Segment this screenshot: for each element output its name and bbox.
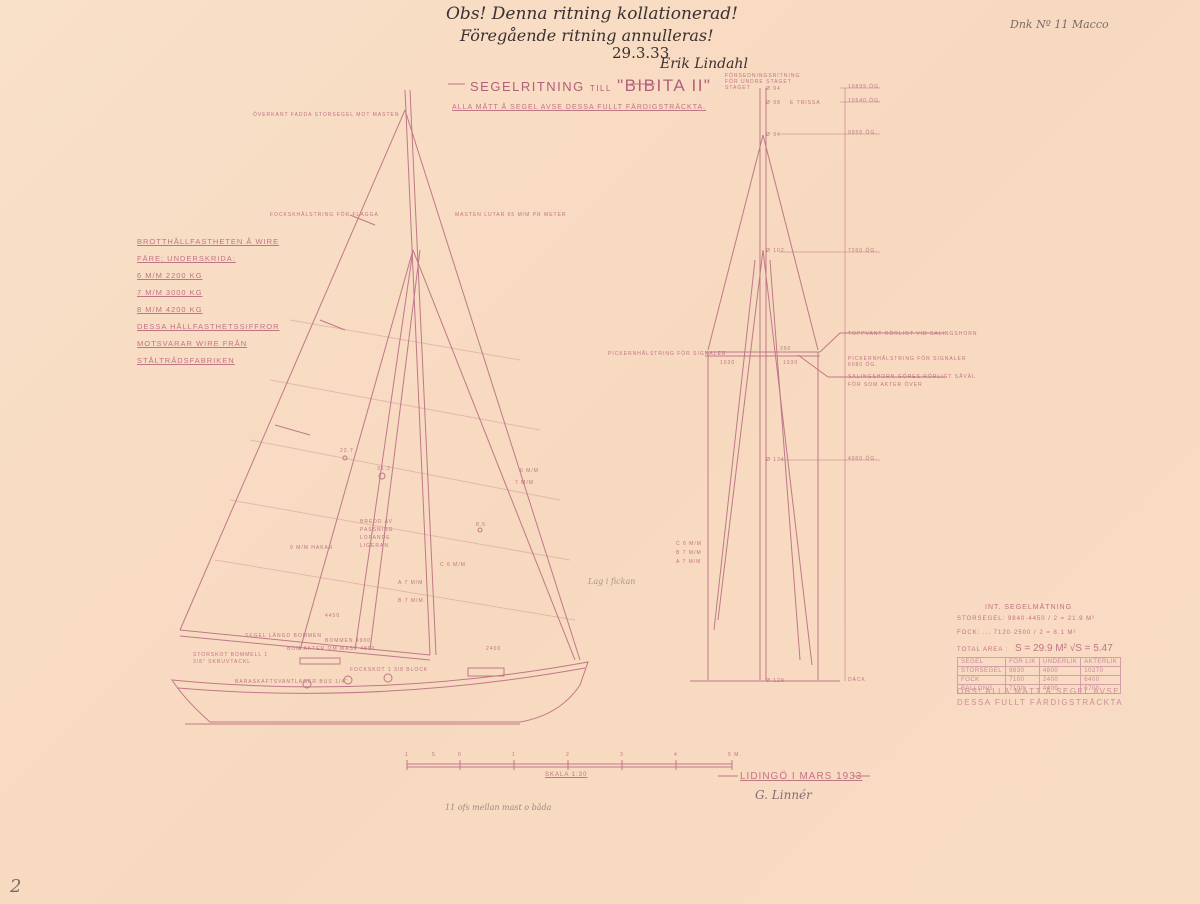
table-cell: STORSEGEL [958, 667, 1006, 676]
table-cell: 2400 [1039, 676, 1080, 685]
wire-7mm-label: 7 m/m [515, 480, 534, 486]
scale-tick-1m: 1 [512, 752, 516, 758]
diam-102: Ø 102 [766, 248, 785, 254]
scale-tick-3m: 3 [620, 752, 624, 758]
scale-tick-2m: 2 [566, 752, 570, 758]
area-22-7: 22.7 [340, 448, 354, 454]
sail-calc-heading: INT. SEGELMÄTNING [985, 604, 1072, 611]
scale-tick-5: 5 [432, 752, 436, 758]
note-signal: PICKERNHÅLSTRING FÖR SIGNALER [848, 356, 966, 362]
drawing-subtitle: ALLA MÅTT Å SEGEL AVSE DESSA FULLT FÄRDI… [452, 104, 706, 111]
handwritten-signature: Erik Lindahl [660, 56, 748, 72]
boom-4900-label: BOMMEN 4900 [325, 638, 371, 644]
spreader-left: 1030 [720, 360, 735, 366]
signal-halyard-left: PICKERNHÅLSTRING FÖR SIGNALER [608, 351, 726, 357]
table-cell: FOCK [958, 676, 1006, 685]
scale-tick-4m: 4 [674, 752, 678, 758]
sail-calc-total-value: S = 29.9 m² √S = 5.47 [1015, 643, 1113, 654]
area-31-2: 31.2 [377, 466, 391, 472]
label-mast-rake: MASTEN LUTAR 65 m/m PR METER [455, 212, 567, 218]
handwritten-note-1: Obs! Denna ritning kollationerad! [446, 4, 738, 24]
label-overkant: ÖVERKANT FADDA STORSEGEL MOT MASTEN [253, 112, 400, 118]
foot-4450: 4450 [325, 613, 340, 619]
scale-tick-1: 1 [405, 752, 409, 758]
diam-134: Ø 134 [766, 457, 785, 463]
table-row: FOCK 7100 2400 6400 [958, 676, 1121, 685]
diam-129: Ø 129 [766, 678, 785, 684]
sail-calc-jib: FOCK: ... 7120·2500 / 2 = 8.1 m² [957, 630, 1077, 636]
wire-b-label: B 7 m/m [398, 598, 424, 604]
sail-note-obs: OBS! ALLA MÅTT Å SEGEL AVSE DESSA FULLT … [957, 686, 1123, 708]
table-cell: 9830 [1006, 667, 1040, 676]
designer-signature: G. Linnér [755, 788, 812, 802]
mast-wire-c: C 6 m/m [676, 541, 702, 547]
table-header: FÖR LIK [1006, 658, 1040, 667]
dim-deck: DÄCK [848, 677, 866, 683]
dim-6080: 6080 ÖG. [848, 362, 878, 368]
vant-label: 9 m/m HAKAR [290, 545, 334, 551]
diam-98: Ø 98 [766, 100, 781, 106]
trissa-label: E TRISSA [790, 100, 821, 106]
note-spreader-2: FÖR SOM AKTER ÖVER [848, 382, 923, 388]
dim-10540: 10540 ÖG. [848, 98, 881, 104]
dim-7200: 7200 ÖG. [848, 248, 878, 254]
drawing-title: SEGELRITNING TILL "BIBITA II" [470, 76, 711, 96]
scale-label: SKALA 1:30 [545, 772, 587, 778]
handwritten-note-2: Föregående ritning annulleras! [460, 26, 714, 45]
sail-plan-linework [0, 0, 1200, 904]
wire-6mm-label: 6 m/m [520, 468, 539, 474]
dim-9956: 9956 ÖG. [848, 130, 878, 136]
mast-wire-b: B 7 m/m [676, 550, 702, 556]
pencil-note-center: Lag i fickan [588, 577, 635, 586]
sail-calc-total-label: TOTAL AREA : [957, 647, 1008, 653]
note-spreader: SALINGSHORN GÖRES RÖRLIGT SÅVÄL [848, 374, 976, 380]
diam-94: Ø 94 [766, 132, 781, 138]
chainplate-label: BARASKAFTSVANTLAGER BUS 1/4" [235, 679, 348, 685]
spreader-top: 350 [780, 346, 791, 352]
jibsheet-label: FOCKSKOT 1 3/8 BLOCK [350, 667, 428, 673]
scale-tick-5m: 5 m. [728, 752, 742, 758]
diam-94-top: Ø 94 [766, 86, 781, 92]
table-cell: 6400 [1081, 676, 1121, 685]
corner-mark: 2 [10, 876, 21, 897]
sail-calc-mainsail: STORSEGEL: 9840·4450 / 2 = 21.9 m² [957, 616, 1095, 622]
wire-a-label: A 7 m/m [398, 580, 423, 586]
boom-aft-label: BOM AKTER OM MAST 4800 [287, 646, 375, 652]
table-cell: 10270 [1081, 667, 1121, 676]
pencil-note-bottom: 11 ofs mellan mast o båda [445, 803, 551, 812]
wire-c-label: C 6 m/m [440, 562, 466, 568]
area-8-5: 8.5 [476, 522, 486, 528]
table-header: SEGEL [958, 658, 1006, 667]
boom-label: SEGEL LÄNGD BOMMEN [245, 633, 322, 639]
table-header-row: SEGEL FÖR LIK UNDERLIK AKTERLIK [958, 658, 1121, 667]
dim-10899: 10899 ÖG. [848, 84, 881, 90]
note-topvant: TOPPVANT RÖRLIGT VID SALINGSHORN [848, 331, 977, 337]
document-number: Dnk Nº 11 Macco [1010, 18, 1109, 31]
spreader-right: 1030 [783, 360, 798, 366]
place-date: LIDINGÖ I MARS 1933 [740, 771, 862, 782]
table-header: AKTERLIK [1081, 658, 1121, 667]
table-cell: 7100 [1006, 676, 1040, 685]
table-cell: 4800 [1039, 667, 1080, 676]
table-header: UNDERLIK [1039, 658, 1080, 667]
label-bredd: BREDD AV PASSNING LOPANDE LIGERAN [360, 518, 420, 550]
table-row: STORSEGEL 9830 4800 10270 [958, 667, 1121, 676]
wire-strength-note: BROTTHÅLLFASTHETEN Å WIRE FÄRE; UNDERSKR… [137, 233, 280, 369]
mast-wire-a: A 7 m/m [676, 559, 701, 565]
scale-tick-0: 0 [458, 752, 462, 758]
foot-2400: 2400 [486, 646, 501, 652]
mainsheet-label: STORSKOT BOMMELL 1 3/8" SKRUVTACKL [193, 652, 273, 666]
dim-4000: 4000 ÖG. [848, 456, 878, 462]
mast-top-label: FÖRSEDNINGSRITNING FÖR UNDRE STAGET STAG… [725, 73, 805, 91]
label-fock-hole: FOCKSKHÅLSTRING FÖR FLAGGA [270, 212, 379, 218]
